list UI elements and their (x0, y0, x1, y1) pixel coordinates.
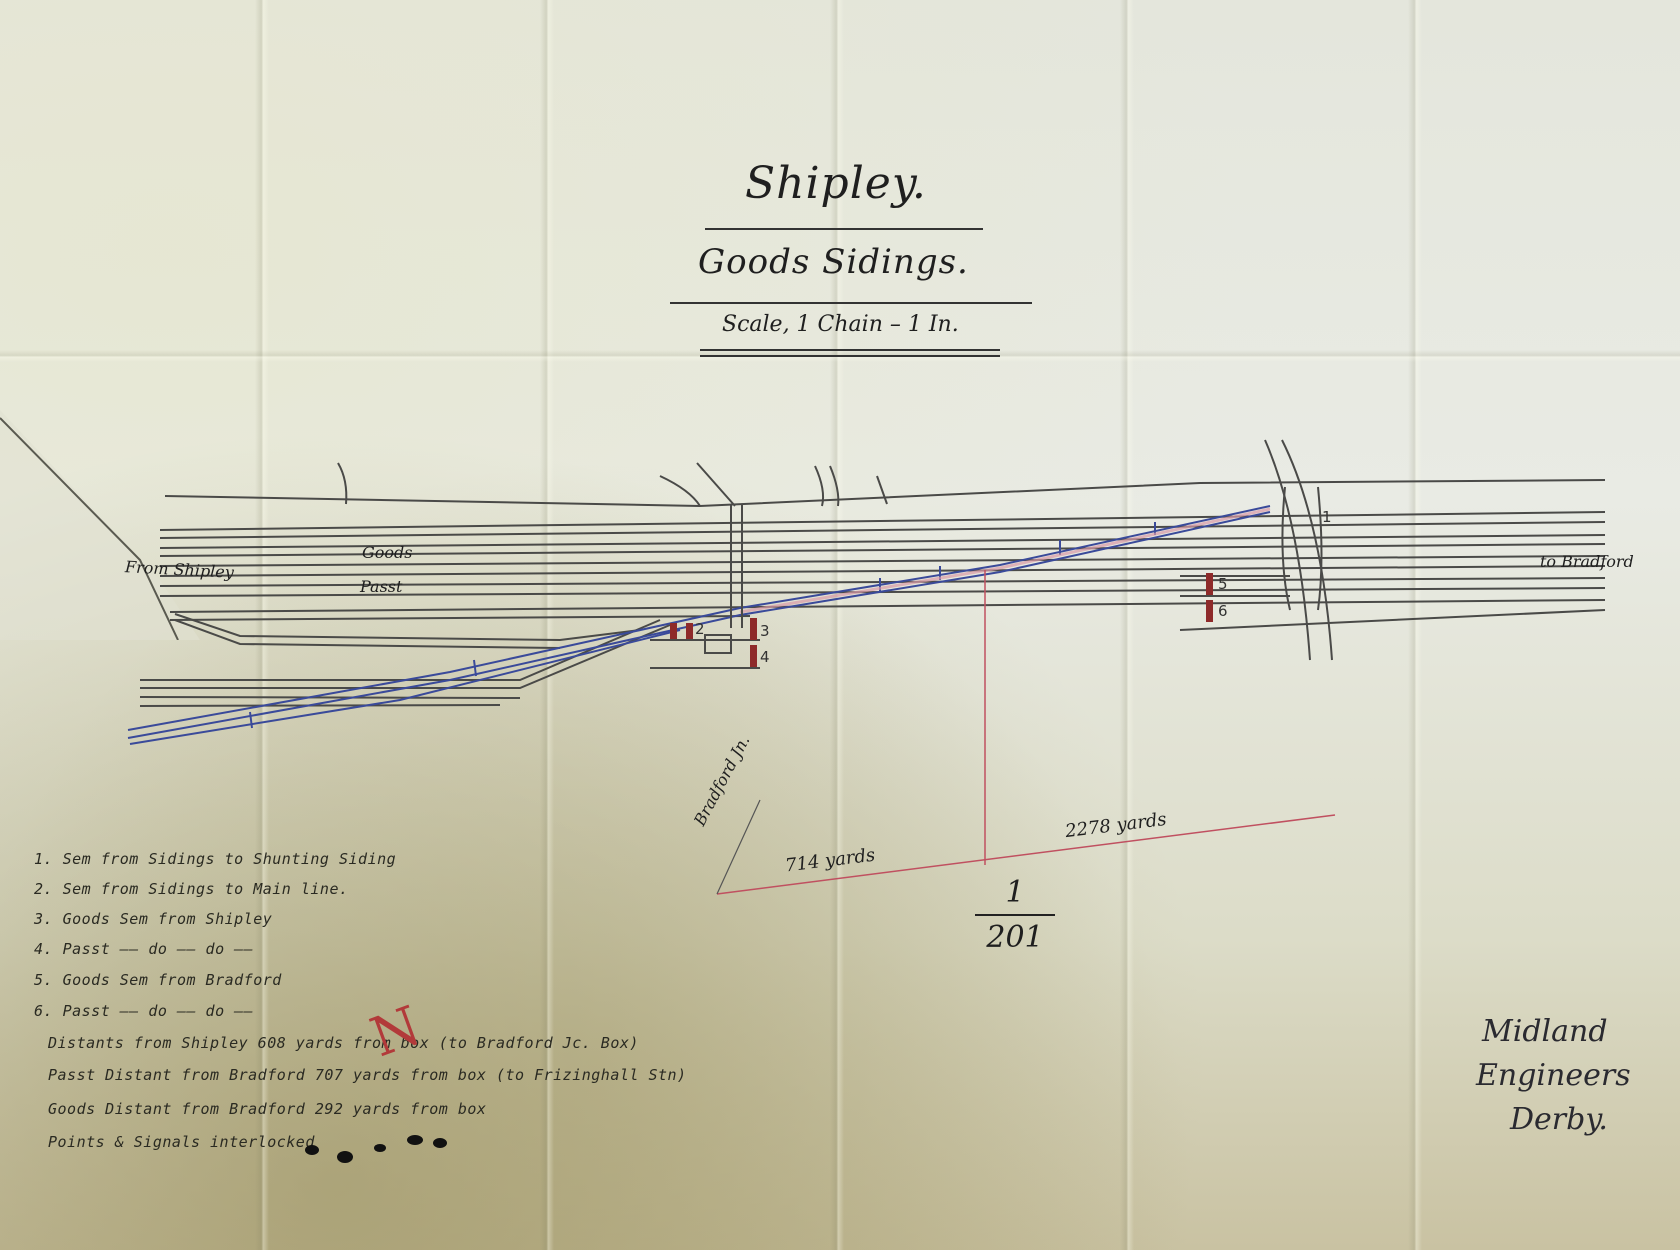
signature-line: Midland (1482, 1010, 1631, 1054)
signature: Midland Engineers Derby. (1482, 1010, 1631, 1142)
ink-blots (0, 0, 1680, 1250)
signature-line: Engineers (1476, 1054, 1631, 1098)
signature-line: Derby. (1510, 1098, 1631, 1142)
